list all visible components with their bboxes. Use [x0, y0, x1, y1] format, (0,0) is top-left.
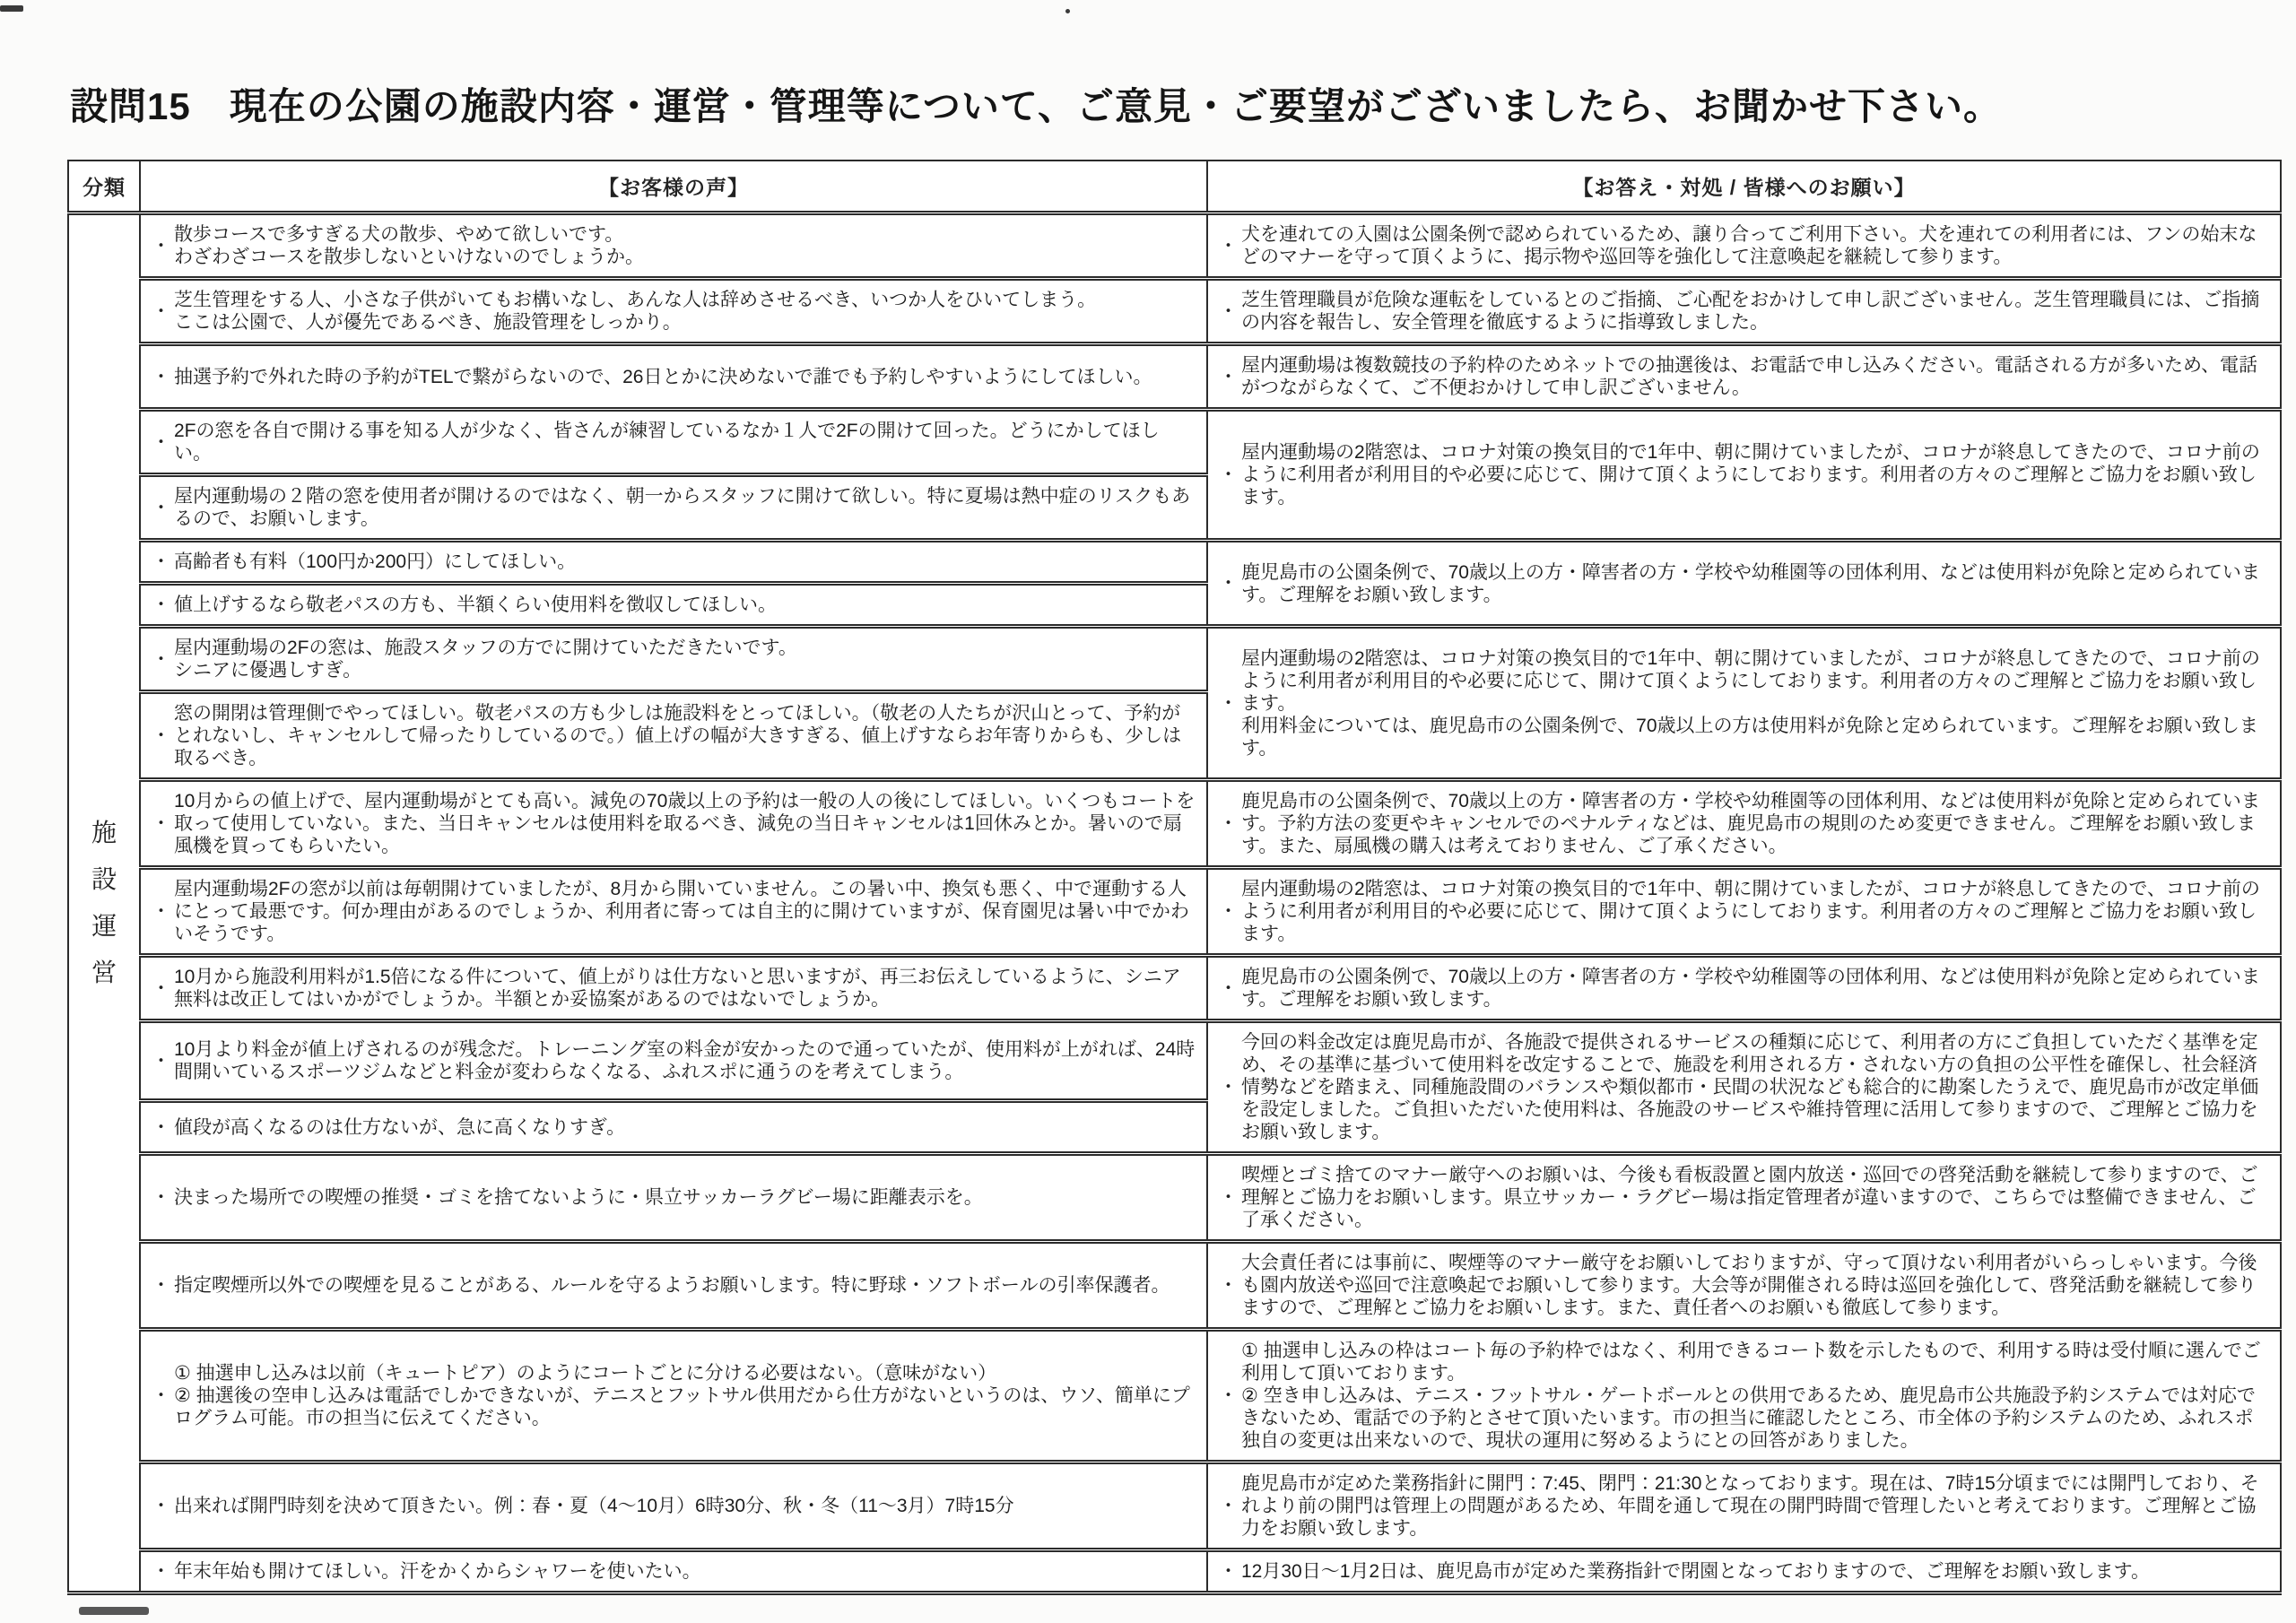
- voice-text: 屋内運動場の2Fの窓は、施設スタッフの方でに開けていただきたいです。 シニアに優…: [174, 637, 1196, 681]
- scan-artifact: [79, 1607, 149, 1615]
- answer-text: 喫煙とゴミ捨てのマナー厳守へのお願いは、今後も看板設置と園内放送・巡回での啓発活…: [1241, 1164, 2269, 1231]
- table-row: ・屋内運動場2Fの窓が以前は毎朝開けていましたが、8月から開いていません。この暑…: [68, 868, 2281, 956]
- bullet-marker: ・: [152, 1186, 170, 1209]
- table-row: ・屋内運動場の2Fの窓は、施設スタッフの方でに開けていただきたいです。 シニアに…: [68, 627, 2281, 692]
- answer-cell: ・芝生管理職員が危険な運転をしているとのご指摘、ご心配をおかけして申し訳ございま…: [1207, 279, 2281, 344]
- bullet-marker: ・: [152, 1274, 170, 1297]
- answer-text: 鹿児島市の公園条例で、70歳以上の方・障害者の方・学校や幼稚園等の団体利用、など…: [1241, 561, 2269, 606]
- header-voice: 【お客様の声】: [140, 161, 1207, 213]
- bullet-marker: ・: [1219, 300, 1238, 323]
- table-row: ・高齢者も有料（100円か200円）にしてほしい。・鹿児島市の公園条例で、70歳…: [68, 541, 2281, 584]
- bullet-marker: ・: [1219, 812, 1238, 835]
- answer-text: 芝生管理職員が危険な運転をしているとのご指摘、ご心配をおかけして申し訳ございませ…: [1241, 289, 2269, 334]
- answer-cell: ・鹿児島市の公園条例で、70歳以上の方・障害者の方・学校や幼稚園等の団体利用、な…: [1207, 541, 2281, 627]
- voice-text: 屋内運動場2Fの窓が以前は毎朝開けていましたが、8月から開いていません。この暑い…: [174, 878, 1196, 945]
- answer-cell: ・12月30日～1月2日は、鹿児島市が定めた業務指針で閉園となっておりますので、…: [1207, 1550, 2281, 1593]
- bullet-marker: ・: [1219, 235, 1238, 257]
- voice-cell: ・10月より料金が値上げされるのが残念だ。トレーニング室の料金が安かったので通っ…: [140, 1021, 1207, 1101]
- table-row: ・年末年始も開けてほしい。汗をかくからシャワーを使いたい。・12月30日～1月2…: [68, 1550, 2281, 1593]
- answer-cell: ・鹿児島市が定めた業務指針に開門：7:45、閉門：21:30となっております。現…: [1207, 1462, 2281, 1550]
- bullet-marker: ・: [152, 648, 170, 671]
- category-cell: 施設運営: [68, 213, 140, 1593]
- table-row: ・抽選予約で外れた時の予約がTELで繋がらないので、26日とかに決めないで誰でも…: [68, 344, 2281, 410]
- voice-text: 10月より料金が値上げされるのが残念だ。トレーニング室の料金が安かったので通って…: [174, 1038, 1196, 1083]
- bullet-marker: ・: [152, 1050, 170, 1072]
- answer-text: 屋内運動場の2階窓は、コロナ対策の換気目的で1年中、朝に開けていましたが、コロナ…: [1241, 441, 2269, 508]
- category-char: 施: [91, 820, 117, 846]
- voice-cell: ・窓の開閉は管理側でやってほしい。敬老パスの方も少しは施設料をとってほしい。（敬…: [140, 692, 1207, 780]
- bullet-marker: ・: [152, 1560, 170, 1583]
- header-row: 分類 【お客様の声】 【お答え・対処 / 皆様へのお願い】: [68, 161, 2281, 213]
- answer-text: ① 抽選申し込みの枠はコート毎の予約枠ではなく、利用できるコート数を示したもので…: [1241, 1340, 2269, 1452]
- bullet-marker: ・: [1219, 977, 1238, 1000]
- scan-artifact: [0, 5, 23, 12]
- bullet-marker: ・: [152, 725, 170, 747]
- table-row: ・2Fの窓を各自で開ける事を知る人が少なく、皆さんが練習しているなか１人で2Fの…: [68, 410, 2281, 475]
- voice-text: 屋内運動場の２階の窓を使用者が開けるのではなく、朝一からスタッフに開けて欲しい。…: [174, 485, 1196, 530]
- scanned-survey-page: 設問15 現在の公園の施設内容・運営・管理等について、ご意見・ご要望がございまし…: [0, 0, 2296, 1623]
- voice-cell: ・散歩コースで多すぎる犬の散歩、やめて欲しいです。 わざわざコースを散歩しないと…: [140, 213, 1207, 279]
- answer-text: 12月30日～1月2日は、鹿児島市が定めた業務指針で閉園となっておりますので、ご…: [1241, 1560, 2269, 1583]
- voice-cell: ・屋内運動場の2Fの窓は、施設スタッフの方でに開けていただきたいです。 シニアに…: [140, 627, 1207, 692]
- voice-cell: ・屋内運動場の２階の窓を使用者が開けるのではなく、朝一からスタッフに開けて欲しい…: [140, 475, 1207, 541]
- voice-text: 2Fの窓を各自で開ける事を知る人が少なく、皆さんが練習しているなか１人で2Fの開…: [174, 420, 1196, 464]
- bullet-marker: ・: [152, 977, 170, 1000]
- voice-text: 値段が高くなるのは仕方ないが、急に高くなりすぎ。: [174, 1116, 1196, 1139]
- table-row: ・出来れば開門時刻を決めて頂きたい。例：春・夏（4～10月）6時30分、秋・冬（…: [68, 1462, 2281, 1550]
- answer-cell: ・鹿児島市の公園条例で、70歳以上の方・障害者の方・学校や幼稚園等の団体利用、な…: [1207, 956, 2281, 1021]
- answer-text: 今回の料金改定は鹿児島市が、各施設で提供されるサービスの種類に応じて、利用者の方…: [1241, 1031, 2269, 1143]
- answer-cell: ・大会責任者には事前に、喫煙等のマナー厳守をお願いしておりますが、守って頂けない…: [1207, 1242, 2281, 1330]
- answer-cell: ・屋内運動場の2階窓は、コロナ対策の換気目的で1年中、朝に開けていましたが、コロ…: [1207, 410, 2281, 541]
- bullet-marker: ・: [152, 235, 170, 257]
- voice-text: 決まった場所での喫煙の推奨・ゴミを捨てないように・県立サッカーラグビー場に距離表…: [174, 1186, 1196, 1209]
- bullet-marker: ・: [1219, 900, 1238, 923]
- scan-artifact: [1065, 9, 1070, 13]
- voice-cell: ・10月から施設利用料が1.5倍になる件について、値上がりは仕方ないと思いますが…: [140, 956, 1207, 1021]
- category-char: 設: [91, 867, 117, 892]
- answer-text: 鹿児島市が定めた業務指針に開門：7:45、閉門：21:30となっております。現在…: [1241, 1472, 2269, 1540]
- bullet-marker: ・: [1219, 366, 1238, 388]
- voice-cell: ・芝生管理をする人、小さな子供がいてもお構いなし、あんな人は辞めさせるべき、いつ…: [140, 279, 1207, 344]
- bullet-marker: ・: [152, 1384, 170, 1407]
- voice-text: 窓の開閉は管理側でやってほしい。敬老パスの方も少しは施設料をとってほしい。（敬老…: [174, 702, 1196, 769]
- bullet-marker: ・: [1219, 692, 1238, 715]
- voice-text: 10月から施設利用料が1.5倍になる件について、値上がりは仕方ないと思いますが、…: [174, 966, 1196, 1011]
- bullet-marker: ・: [1219, 572, 1238, 595]
- voice-text: 高齢者も有料（100円か200円）にしてほしい。: [174, 551, 1196, 573]
- answer-cell: ・① 抽選申し込みの枠はコート毎の予約枠ではなく、利用できるコート数を示したもの…: [1207, 1330, 2281, 1462]
- bullet-marker: ・: [152, 431, 170, 454]
- answer-cell: ・屋内運動場は複数競技の予約枠のためネットでの抽選後は、お電話で申し込みください…: [1207, 344, 2281, 410]
- table-row: 施設運営・散歩コースで多すぎる犬の散歩、やめて欲しいです。 わざわざコースを散歩…: [68, 213, 2281, 279]
- answer-text: 屋内運動場の2階窓は、コロナ対策の換気目的で1年中、朝に開けていましたが、コロナ…: [1241, 878, 2269, 945]
- bullet-marker: ・: [1219, 1560, 1238, 1583]
- bullet-marker: ・: [152, 900, 170, 923]
- table-row: ・① 抽選申し込みは以前（キュートピア）のようにコートごとに分ける必要はない。（…: [68, 1330, 2281, 1462]
- voice-cell: ・値段が高くなるのは仕方ないが、急に高くなりすぎ。: [140, 1101, 1207, 1154]
- voice-cell: ・高齢者も有料（100円か200円）にしてほしい。: [140, 541, 1207, 584]
- header-answer: 【お答え・対処 / 皆様へのお願い】: [1207, 161, 2281, 213]
- answer-text: 屋内運動場は複数競技の予約枠のためネットでの抽選後は、お電話で申し込みください。…: [1241, 354, 2269, 399]
- category-char: 運: [91, 914, 117, 939]
- answer-text: 鹿児島市の公園条例で、70歳以上の方・障害者の方・学校や幼稚園等の団体利用、など…: [1241, 966, 2269, 1011]
- table-row: ・芝生管理をする人、小さな子供がいてもお構いなし、あんな人は辞めさせるべき、いつ…: [68, 279, 2281, 344]
- answer-cell: ・喫煙とゴミ捨てのマナー厳守へのお願いは、今後も看板設置と園内放送・巡回での啓発…: [1207, 1154, 2281, 1242]
- answer-text: 鹿児島市の公園条例で、70歳以上の方・障害者の方・学校や幼稚園等の団体利用、など…: [1241, 790, 2269, 857]
- answer-cell: ・今回の料金改定は鹿児島市が、各施設で提供されるサービスの種類に応じて、利用者の…: [1207, 1021, 2281, 1154]
- bullet-marker: ・: [1219, 1274, 1238, 1297]
- voice-text: 10月からの値上げで、屋内運動場がとても高い。減免の70歳以上の予約は一般の人の…: [174, 790, 1196, 857]
- bullet-marker: ・: [1219, 1384, 1238, 1407]
- bullet-marker: ・: [152, 1116, 170, 1139]
- voice-cell: ・10月からの値上げで、屋内運動場がとても高い。減免の70歳以上の予約は一般の人…: [140, 780, 1207, 868]
- voice-cell: ・値上げするなら敬老パスの方も、半額くらい使用料を徴収してほしい。: [140, 584, 1207, 627]
- category-vertical-label: 施設運営: [69, 820, 139, 985]
- voice-cell: ・決まった場所での喫煙の推奨・ゴミを捨てないように・県立サッカーラグビー場に距離…: [140, 1154, 1207, 1242]
- answer-text: 大会責任者には事前に、喫煙等のマナー厳守をお願いしておりますが、守って頂けない利…: [1241, 1252, 2269, 1319]
- bullet-marker: ・: [152, 594, 170, 616]
- voice-text: 出来れば開門時刻を決めて頂きたい。例：春・夏（4～10月）6時30分、秋・冬（1…: [174, 1495, 1196, 1517]
- bullet-marker: ・: [152, 366, 170, 388]
- bullet-marker: ・: [152, 497, 170, 519]
- bullet-marker: ・: [152, 812, 170, 835]
- qa-table: 分類 【お客様の声】 【お答え・対処 / 皆様へのお願い】 施設運営・散歩コース…: [67, 160, 2282, 1595]
- voice-text: 抽選予約で外れた時の予約がTELで繋がらないので、26日とかに決めないで誰でも予…: [174, 366, 1196, 388]
- header-category: 分類: [68, 161, 140, 213]
- answer-cell: ・鹿児島市の公園条例で、70歳以上の方・障害者の方・学校や幼稚園等の団体利用、な…: [1207, 780, 2281, 868]
- table-row: ・決まった場所での喫煙の推奨・ゴミを捨てないように・県立サッカーラグビー場に距離…: [68, 1154, 2281, 1242]
- answer-cell: ・犬を連れての入園は公園条例で認められているため、譲り合ってご利用下さい。犬を連…: [1207, 213, 2281, 279]
- bullet-marker: ・: [152, 551, 170, 573]
- table-row: ・指定喫煙所以外での喫煙を見ることがある、ルールを守るようお願いします。特に野球…: [68, 1242, 2281, 1330]
- bullet-marker: ・: [1219, 1186, 1238, 1209]
- voice-text: 指定喫煙所以外での喫煙を見ることがある、ルールを守るようお願いします。特に野球・…: [174, 1274, 1196, 1297]
- voice-text: 散歩コースで多すぎる犬の散歩、やめて欲しいです。 わざわざコースを散歩しないとい…: [174, 223, 1196, 268]
- voice-cell: ・2Fの窓を各自で開ける事を知る人が少なく、皆さんが練習しているなか１人で2Fの…: [140, 410, 1207, 475]
- voice-text: 芝生管理をする人、小さな子供がいてもお構いなし、あんな人は辞めさせるべき、いつか…: [174, 289, 1196, 334]
- answer-cell: ・屋内運動場の2階窓は、コロナ対策の換気目的で1年中、朝に開けていましたが、コロ…: [1207, 868, 2281, 956]
- bullet-marker: ・: [1219, 1495, 1238, 1517]
- voice-text: 年末年始も開けてほしい。汗をかくからシャワーを使いたい。: [174, 1560, 1196, 1583]
- voice-cell: ・屋内運動場2Fの窓が以前は毎朝開けていましたが、8月から開いていません。この暑…: [140, 868, 1207, 956]
- voice-cell: ・年末年始も開けてほしい。汗をかくからシャワーを使いたい。: [140, 1550, 1207, 1593]
- table-row: ・10月から施設利用料が1.5倍になる件について、値上がりは仕方ないと思いますが…: [68, 956, 2281, 1021]
- bullet-marker: ・: [152, 300, 170, 323]
- question-title: 設問15 現在の公園の施設内容・運営・管理等について、ご意見・ご要望がございまし…: [70, 77, 2002, 131]
- bullet-marker: ・: [1219, 464, 1238, 486]
- answer-text: 犬を連れての入園は公園条例で認められているため、譲り合ってご利用下さい。犬を連れ…: [1241, 223, 2269, 268]
- bullet-marker: ・: [152, 1495, 170, 1517]
- voice-cell: ・① 抽選申し込みは以前（キュートピア）のようにコートごとに分ける必要はない。（…: [140, 1330, 1207, 1462]
- answer-text: 屋内運動場の2階窓は、コロナ対策の換気目的で1年中、朝に開けていましたが、コロナ…: [1241, 647, 2269, 759]
- voice-text: 値上げするなら敬老パスの方も、半額くらい使用料を徴収してほしい。: [174, 594, 1196, 616]
- voice-text: ① 抽選申し込みは以前（キュートピア）のようにコートごとに分ける必要はない。（意…: [174, 1362, 1196, 1429]
- category-char: 営: [91, 960, 117, 985]
- answer-cell: ・屋内運動場の2階窓は、コロナ対策の換気目的で1年中、朝に開けていましたが、コロ…: [1207, 627, 2281, 780]
- bullet-marker: ・: [1219, 1076, 1238, 1098]
- voice-cell: ・抽選予約で外れた時の予約がTELで繋がらないので、26日とかに決めないで誰でも…: [140, 344, 1207, 410]
- voice-cell: ・出来れば開門時刻を決めて頂きたい。例：春・夏（4～10月）6時30分、秋・冬（…: [140, 1462, 1207, 1550]
- table-row: ・10月より料金が値上げされるのが残念だ。トレーニング室の料金が安かったので通っ…: [68, 1021, 2281, 1101]
- voice-cell: ・指定喫煙所以外での喫煙を見ることがある、ルールを守るようお願いします。特に野球…: [140, 1242, 1207, 1330]
- table-row: ・10月からの値上げで、屋内運動場がとても高い。減免の70歳以上の予約は一般の人…: [68, 780, 2281, 868]
